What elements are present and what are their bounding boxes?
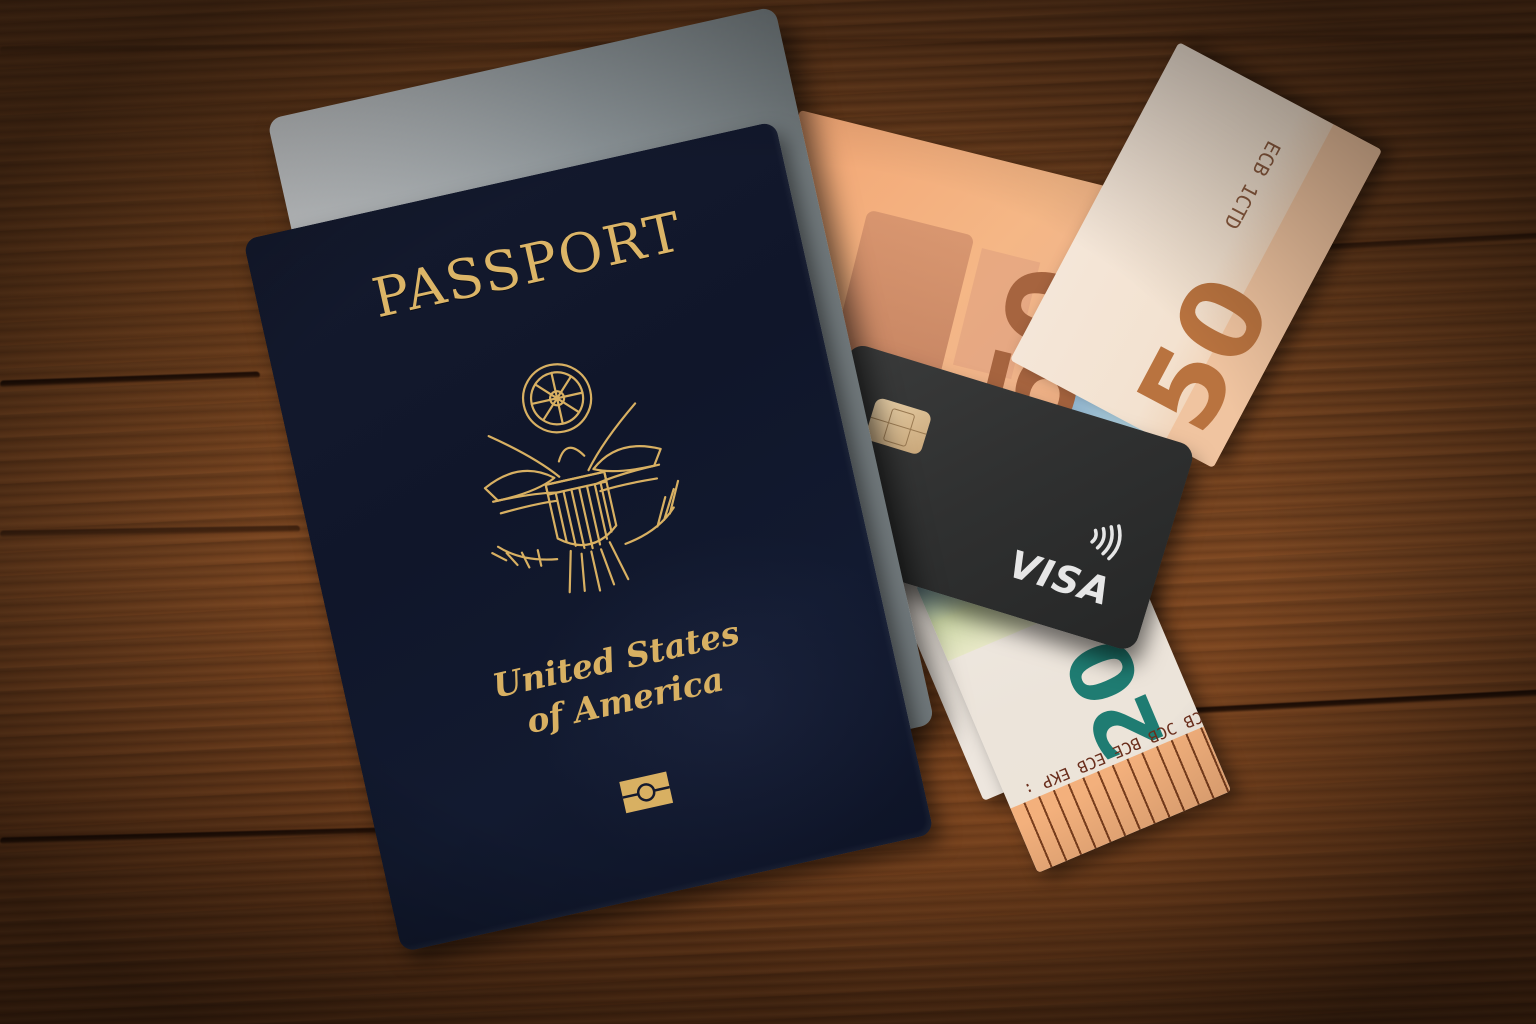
biometric-chip-icon [618,770,674,814]
great-seal-eagle-icon [420,323,730,633]
passport-country: United States of America [346,580,896,781]
emv-chip-icon [864,397,932,456]
contactless-icon [1080,515,1130,565]
photo-scene: 50 50 ECB 1CTD 20 20 ƎCB ƆCB BCE ECB EKP… [0,0,1536,1024]
banknote-ecb-text: ECB 1CTD [1219,137,1285,233]
